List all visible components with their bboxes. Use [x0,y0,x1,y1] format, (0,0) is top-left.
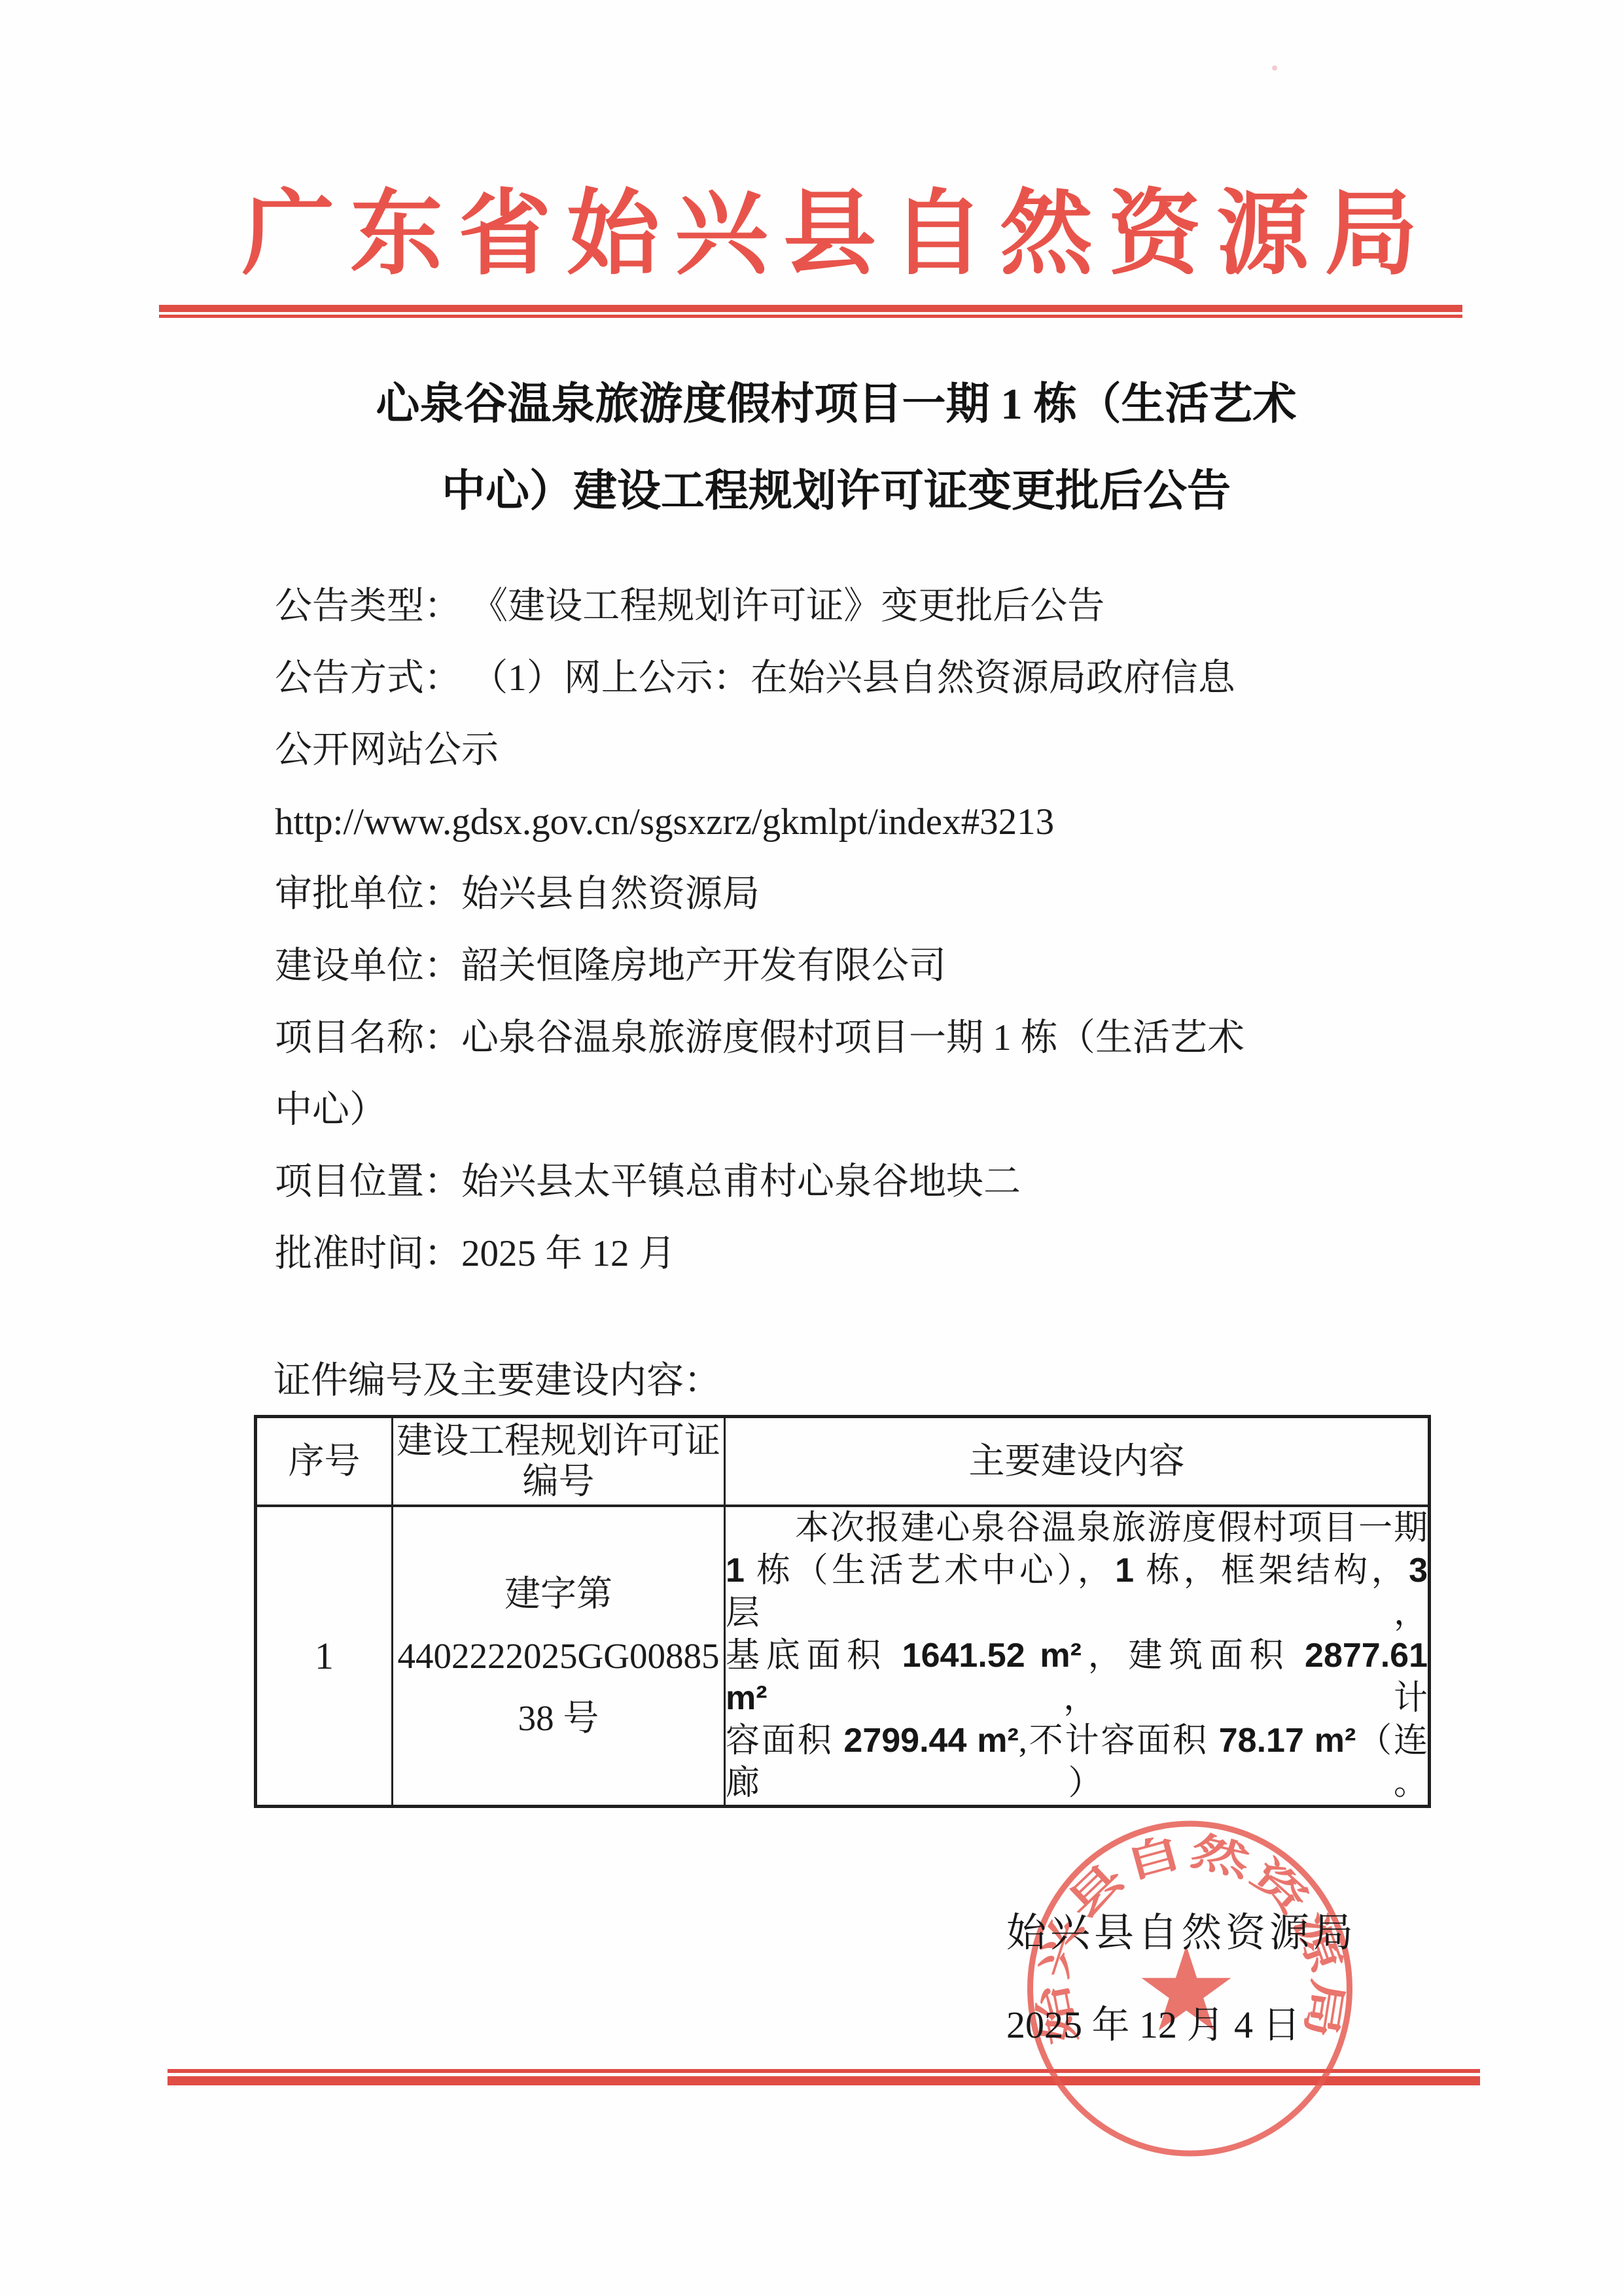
permit-table-row: 1 建字第 4402222025GG00885 38 号 本次报建心泉谷温泉旅游… [256,1506,1430,1807]
column-header-content: 主要建设内容 [725,1417,1430,1506]
permit-table-caption: 证件编号及主要建设内容： [274,1358,721,1404]
signature-date: 2025 年 12 月 4 日 [1006,1994,1301,2049]
permit-no-cell: 建字第 4402222025GG00885 38 号 [393,1506,725,1807]
document-title-line-2: 中心）建设工程规划许可证变更批后公告 [48,448,1624,535]
body-line-approval-date: 批准时间：2025 年 12 月 [275,1218,1433,1290]
body-line-project-name: 项目名称：心泉谷温泉旅游度假村项目一期 1 栋（生活艺术 [275,1002,1433,1074]
document-title-line-1: 心泉谷温泉旅游度假村项目一期 1 栋（生活艺术 [48,361,1624,448]
body-line-construction-unit: 建设单位：韶关恒隆房地产开发有限公司 [275,930,1433,1002]
letterhead-rule-thick [159,305,1462,312]
document-page: 广 东 省 始 兴 县 自 然 资 源 局 心泉谷温泉旅游度假村项目一期 1 栋… [0,0,1624,2296]
permit-table-header-row: 序号 建设工程规划许可证 编号 主要建设内容 [256,1417,1430,1506]
scan-speck [1272,65,1277,71]
permit-no-line: 建字第 [393,1563,724,1625]
permit-no-line: 4402222025GG00885 [393,1625,724,1687]
body-line-announcement-method: 公告方式： （1）网上公示：在始兴县自然资源局政府信息 [275,642,1433,714]
construction-content-cell: 本次报建心泉谷温泉旅游度假村项目一期 1 栋（生活艺术中心），1 栋，框架结构，… [725,1506,1430,1807]
content-line: 容面积 2799.44 m²,不计容面积 78.17 m²（连廊）。 [726,1720,1428,1805]
letterhead-rule-thin [159,315,1462,318]
permit-table: 序号 建设工程规划许可证 编号 主要建设内容 1 建字第 4402222025G… [254,1415,1431,1808]
seq-cell: 1 [256,1506,393,1807]
body-line-announcement-type: 公告类型： 《建设工程规划许可证》变更批后公告 [275,570,1433,642]
permit-no-line: 38 号 [393,1687,724,1749]
signature-organization: 始兴县自然资源局 [1006,1901,1357,1958]
agency-letterhead: 广 东 省 始 兴 县 自 然 资 源 局 [35,182,1624,287]
body-line-url: http://www.gdsx.gov.cn/sgsxzrz/gkmlpt/in… [275,786,1433,858]
body-line-project-location: 项目位置：始兴县太平镇总甫村心泉谷地块二 [275,1146,1433,1218]
content-line: 本次报建心泉谷温泉旅游度假村项目一期 [726,1507,1428,1550]
body-line-approval-authority: 审批单位：始兴县自然资源局 [275,858,1433,930]
body-line-announcement-method-cont: 公开网站公示 [275,714,1433,786]
content-line: 1 栋（生活艺术中心），1 栋，框架结构，3 层， [726,1550,1428,1635]
column-header-seq: 序号 [256,1417,393,1506]
body-paragraphs: 公告类型： 《建设工程规划许可证》变更批后公告 公告方式： （1）网上公示：在始… [275,570,1433,1290]
column-header-permit-no: 建设工程规划许可证 编号 [393,1417,725,1506]
content-line: 基底面积 1641.52 m²，建筑面积 2877.61 m²，计 [726,1635,1428,1720]
body-line-project-name-cont: 中心） [275,1074,1433,1146]
official-seal: 始兴县自然资源局 [1023,1818,1360,2162]
document-title: 心泉谷温泉旅游度假村项目一期 1 栋（生活艺术 中心）建设工程规划许可证变更批后… [48,361,1624,535]
